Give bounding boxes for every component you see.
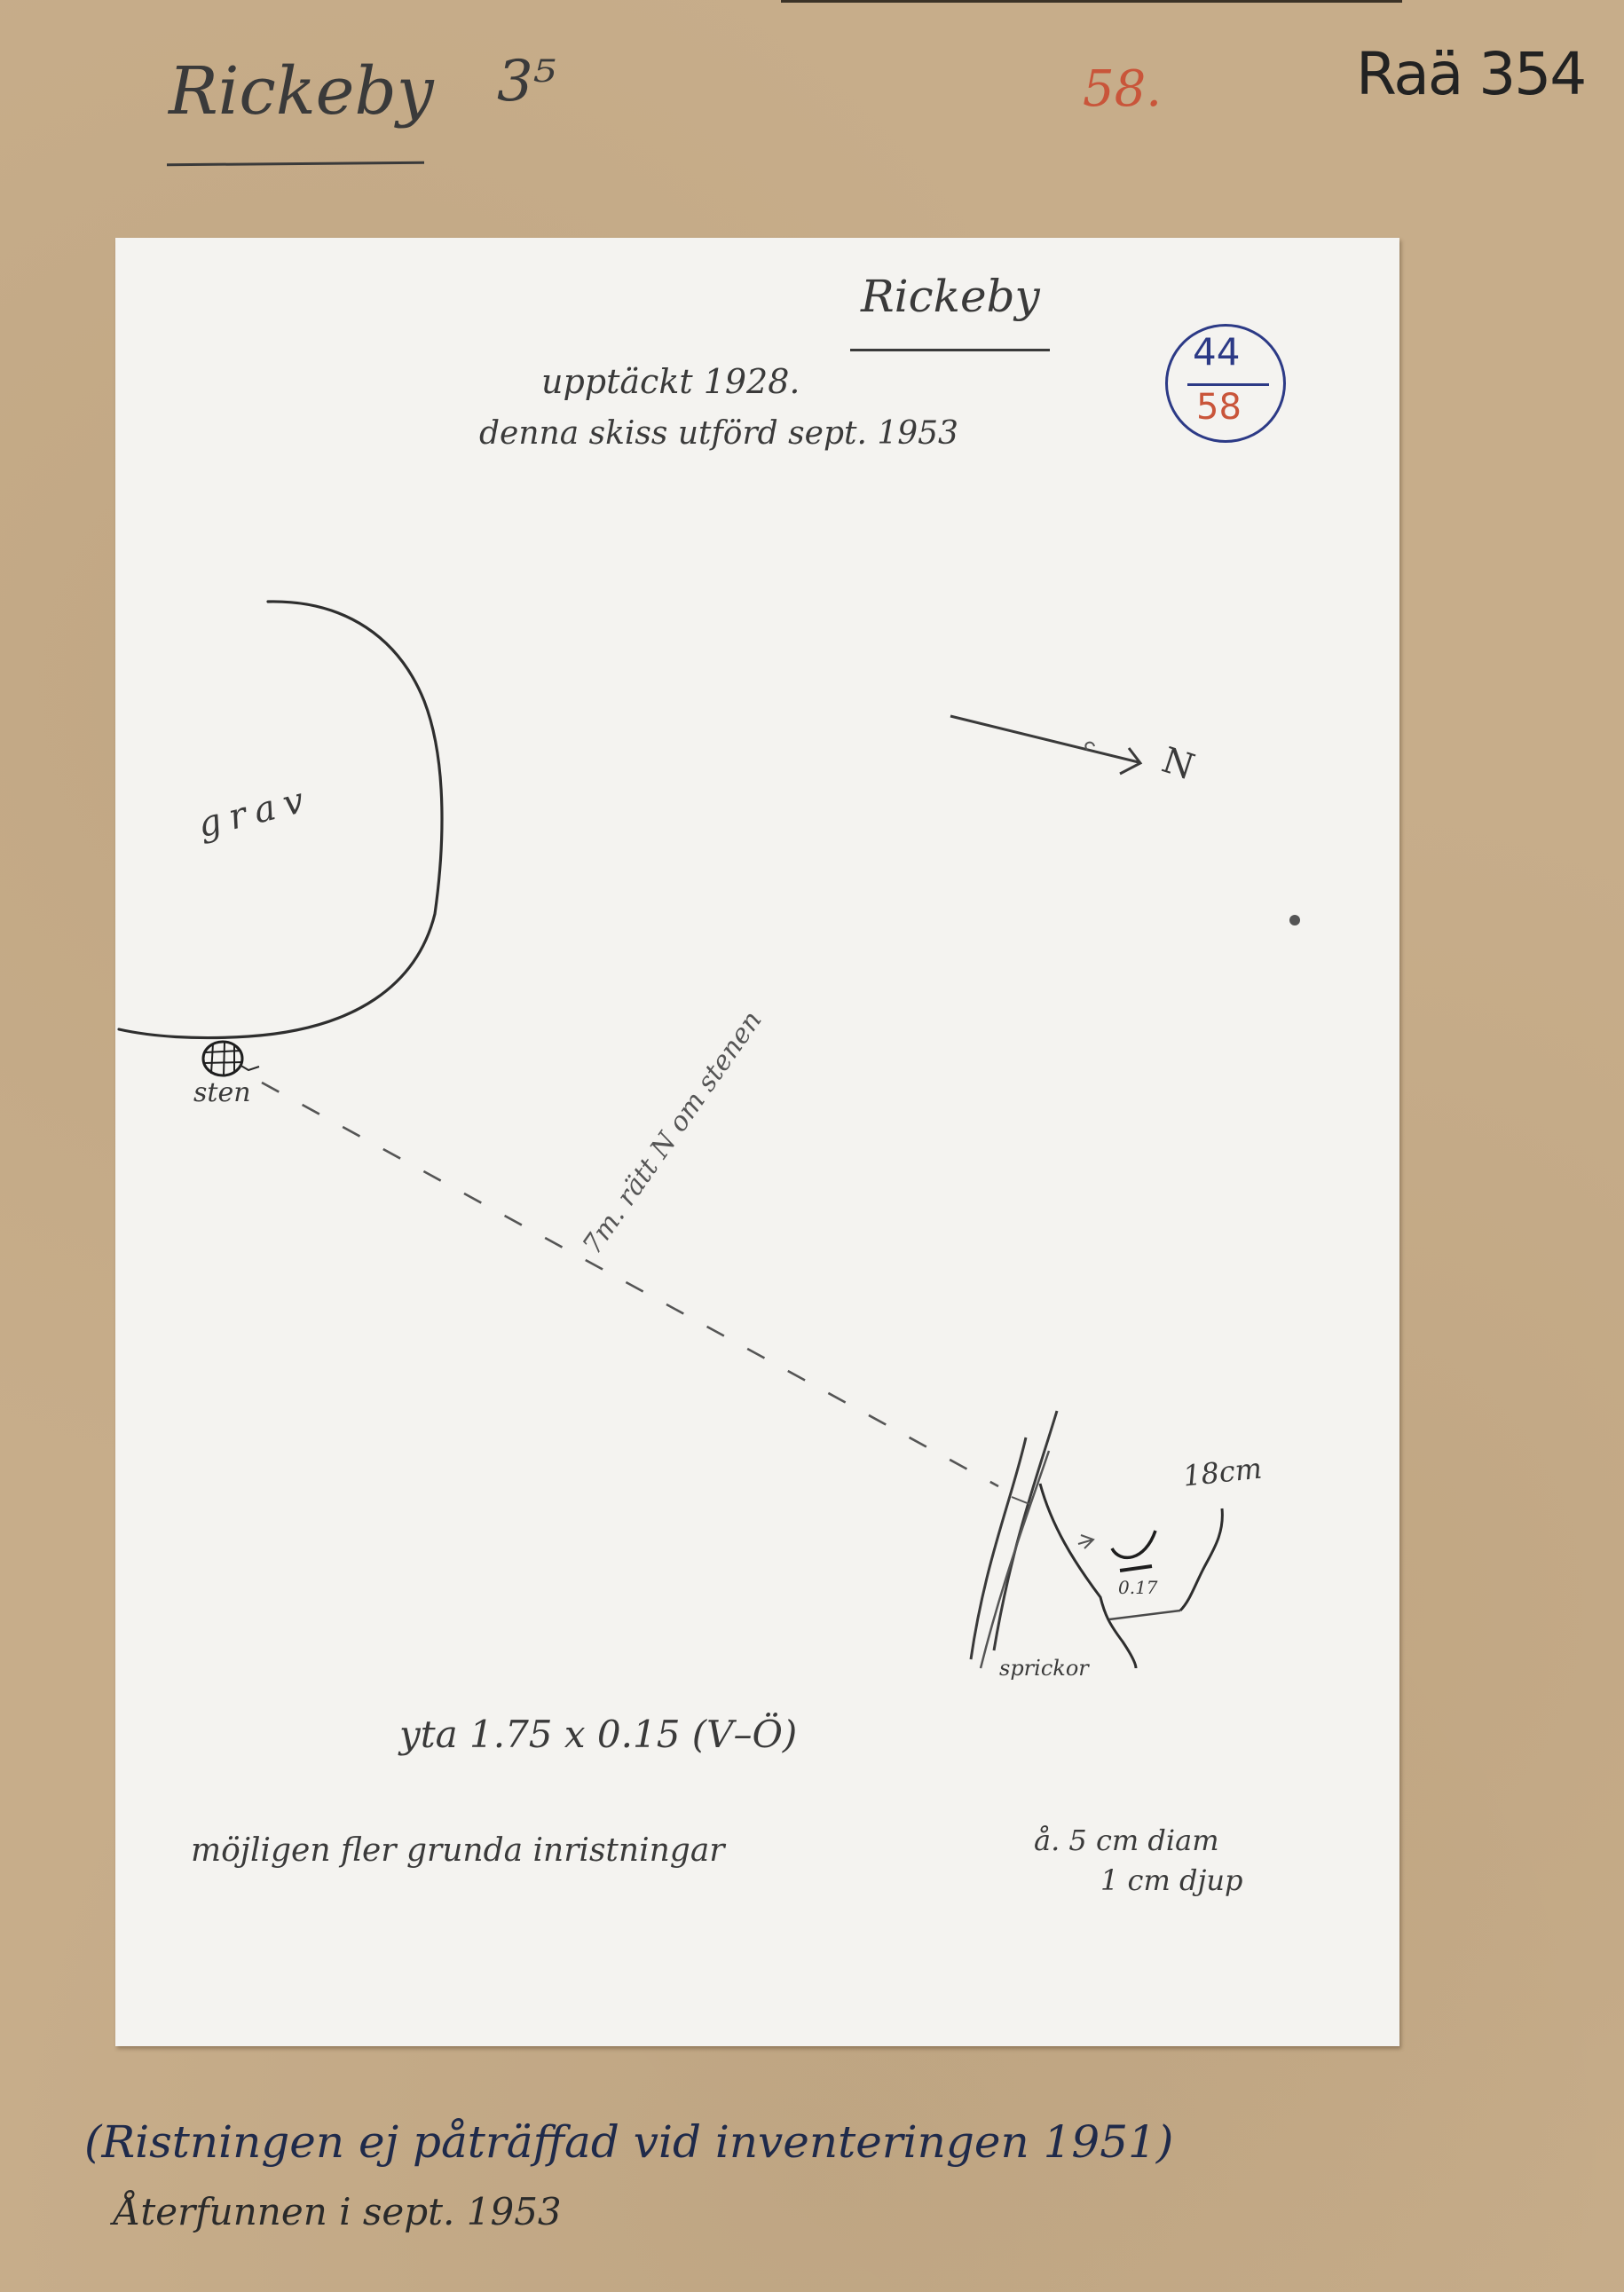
discovered-note: upptäckt 1928.: [541, 362, 800, 401]
card-location-superscript: 3⁵: [497, 49, 556, 114]
footer-note-line1: (Ristningen ej påträffad vid inventering…: [84, 2116, 1173, 2168]
stone-label: sten: [193, 1077, 251, 1108]
depth-label-mid: 0.17: [1118, 1577, 1158, 1598]
circled-number-bottom: 58: [1196, 387, 1242, 428]
circled-number-top: 44: [1193, 330, 1240, 374]
sketch-paper: [115, 238, 1399, 2046]
footer-note-line2: Återfunnen i sept. 1953: [114, 2190, 562, 2233]
card-location-underline: [167, 161, 424, 167]
cupmark-note-line1: å. 5 cm diam: [1034, 1823, 1219, 1857]
circled-number-divider: [1187, 383, 1269, 386]
card-red-number: 58.: [1083, 60, 1162, 118]
sketch-title: Rickeby: [861, 271, 1040, 322]
circled-catalog-number: 44 58: [1165, 324, 1286, 443]
card-raa-number: Raä 354: [1356, 40, 1585, 108]
area-note: yta 1.75 x 0.15 (V–Ö): [399, 1713, 797, 1756]
card-location-label: Rickeby: [169, 53, 434, 130]
possible-carvings-note: möjligen fler grunda inristningar: [191, 1832, 725, 1869]
card-top-edge: [781, 0, 1402, 3]
sketch-made-note: denna skiss utförd sept. 1953: [479, 415, 958, 452]
crevice-label: sprickor: [999, 1656, 1089, 1681]
cupmark-note-line2: 1 cm djup: [1100, 1863, 1242, 1897]
sketch-title-underline: [850, 349, 1050, 351]
